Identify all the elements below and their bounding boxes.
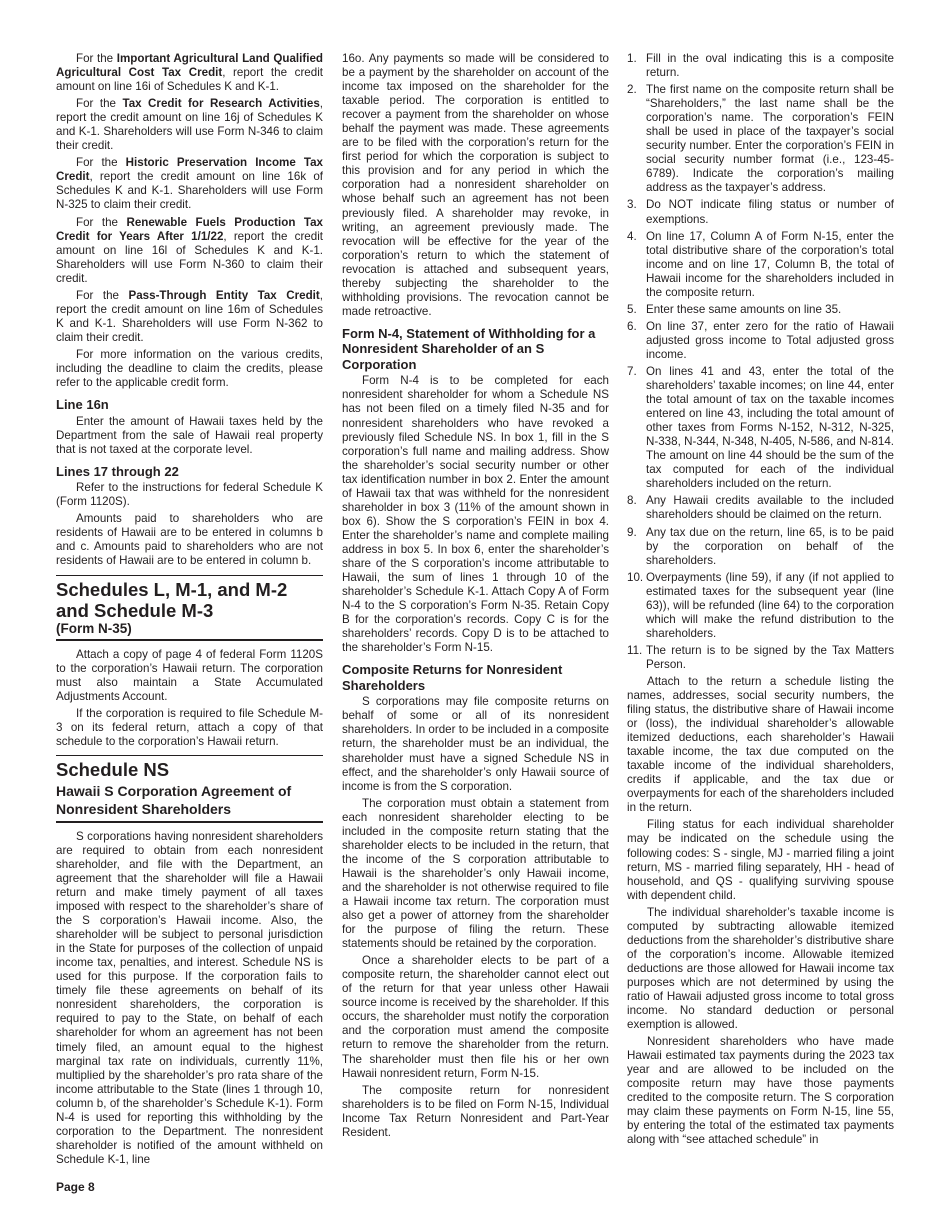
form-n4-heading: Form N-4, Statement of Withholding for a… bbox=[342, 326, 609, 373]
list-item: 5.Enter these same amounts on line 35. bbox=[627, 303, 894, 317]
schedules-l-m-section: Schedules L, M-1, and M-2 and Schedule M… bbox=[56, 575, 323, 749]
section-paragraph: S corporations having nonresident shareh… bbox=[56, 830, 323, 1167]
composite-paragraph: Once a shareholder elects to be part of … bbox=[342, 954, 609, 1080]
lines-17-22-text: Refer to the instructions for federal Sc… bbox=[56, 481, 323, 509]
list-item: 3.Do NOT indicate filing status or numbe… bbox=[627, 198, 894, 226]
list-item: 6.On line 37, enter zero for the ratio o… bbox=[627, 320, 894, 362]
estimated-payments-paragraph: Nonresident shareholders who have made H… bbox=[627, 1035, 894, 1147]
section-header: Schedule NS Hawaii S Corporation Agreeme… bbox=[56, 755, 323, 823]
composite-steps-list: 1.Fill in the oval indicating this is a … bbox=[627, 52, 894, 672]
section-subtitle: Hawaii S Corporation Agreement of Nonres… bbox=[56, 782, 323, 819]
list-item: 10.Overpayments (line 59), if any (if no… bbox=[627, 571, 894, 641]
composite-paragraph: The composite return for nonresident sha… bbox=[342, 1084, 609, 1140]
list-item: 2.The first name on the composite return… bbox=[627, 83, 894, 195]
column-middle: 16o. Any payments so made will be consid… bbox=[342, 52, 609, 1143]
taxable-income-paragraph: The individual shareholder’s taxable inc… bbox=[627, 906, 894, 1032]
credit-paragraph: For the Pass-Through Entity Tax Credit, … bbox=[56, 289, 323, 345]
column-right: 1.Fill in the oval indicating this is a … bbox=[627, 52, 894, 1151]
continuation-paragraph: 16o. Any payments so made will be consid… bbox=[342, 52, 609, 319]
composite-paragraph: S corporations may file composite return… bbox=[342, 695, 609, 793]
credit-paragraph: For the Tax Credit for Research Activiti… bbox=[56, 97, 323, 153]
list-item: 7.On lines 41 and 43, enter the total of… bbox=[627, 365, 894, 491]
lines-17-22-text: Amounts paid to shareholders who are res… bbox=[56, 512, 323, 568]
credit-paragraph: For the Renewable Fuels Production Tax C… bbox=[56, 216, 323, 286]
credit-paragraph: For the Historic Preservation Income Tax… bbox=[56, 156, 323, 212]
list-item: 9.Any tax due on the return, line 65, is… bbox=[627, 526, 894, 568]
page-number: Page 8 bbox=[56, 1180, 95, 1194]
line-16n-text: Enter the amount of Hawaii taxes held by… bbox=[56, 415, 323, 457]
section-header: Schedules L, M-1, and M-2 and Schedule M… bbox=[56, 575, 323, 641]
section-paragraph: If the corporation is required to file S… bbox=[56, 707, 323, 749]
credit-paragraph: For the Important Agricultural Land Qual… bbox=[56, 52, 323, 94]
attach-schedule-paragraph: Attach to the return a schedule listing … bbox=[627, 675, 894, 815]
composite-returns-heading: Composite Returns for Nonresident Shareh… bbox=[342, 662, 609, 693]
list-item: 1.Fill in the oval indicating this is a … bbox=[627, 52, 894, 80]
section-subtitle: (Form N-35) bbox=[56, 621, 323, 637]
section-title: Schedule NS bbox=[56, 759, 323, 780]
list-item: 4.On line 17, Column A of Form N-15, ent… bbox=[627, 230, 894, 300]
section-title: and Schedule M-3 bbox=[56, 600, 323, 621]
more-info-paragraph: For more information on the various cred… bbox=[56, 348, 323, 390]
lines-17-22-heading: Lines 17 through 22 bbox=[56, 464, 323, 480]
section-title: Schedules L, M-1, and M-2 bbox=[56, 579, 323, 600]
form-n4-text: Form N-4 is to be completed for each non… bbox=[342, 374, 609, 655]
schedule-ns-section: Schedule NS Hawaii S Corporation Agreeme… bbox=[56, 755, 323, 1167]
section-paragraph: Attach a copy of page 4 of federal Form … bbox=[56, 648, 323, 704]
filing-status-paragraph: Filing status for each individual shareh… bbox=[627, 818, 894, 902]
list-item: 11.The return is to be signed by the Tax… bbox=[627, 644, 894, 672]
column-left: For the Important Agricultural Land Qual… bbox=[56, 52, 323, 1170]
composite-paragraph: The corporation must obtain a statement … bbox=[342, 797, 609, 952]
list-item: 8.Any Hawaii credits available to the in… bbox=[627, 494, 894, 522]
line-16n-heading: Line 16n bbox=[56, 397, 323, 413]
